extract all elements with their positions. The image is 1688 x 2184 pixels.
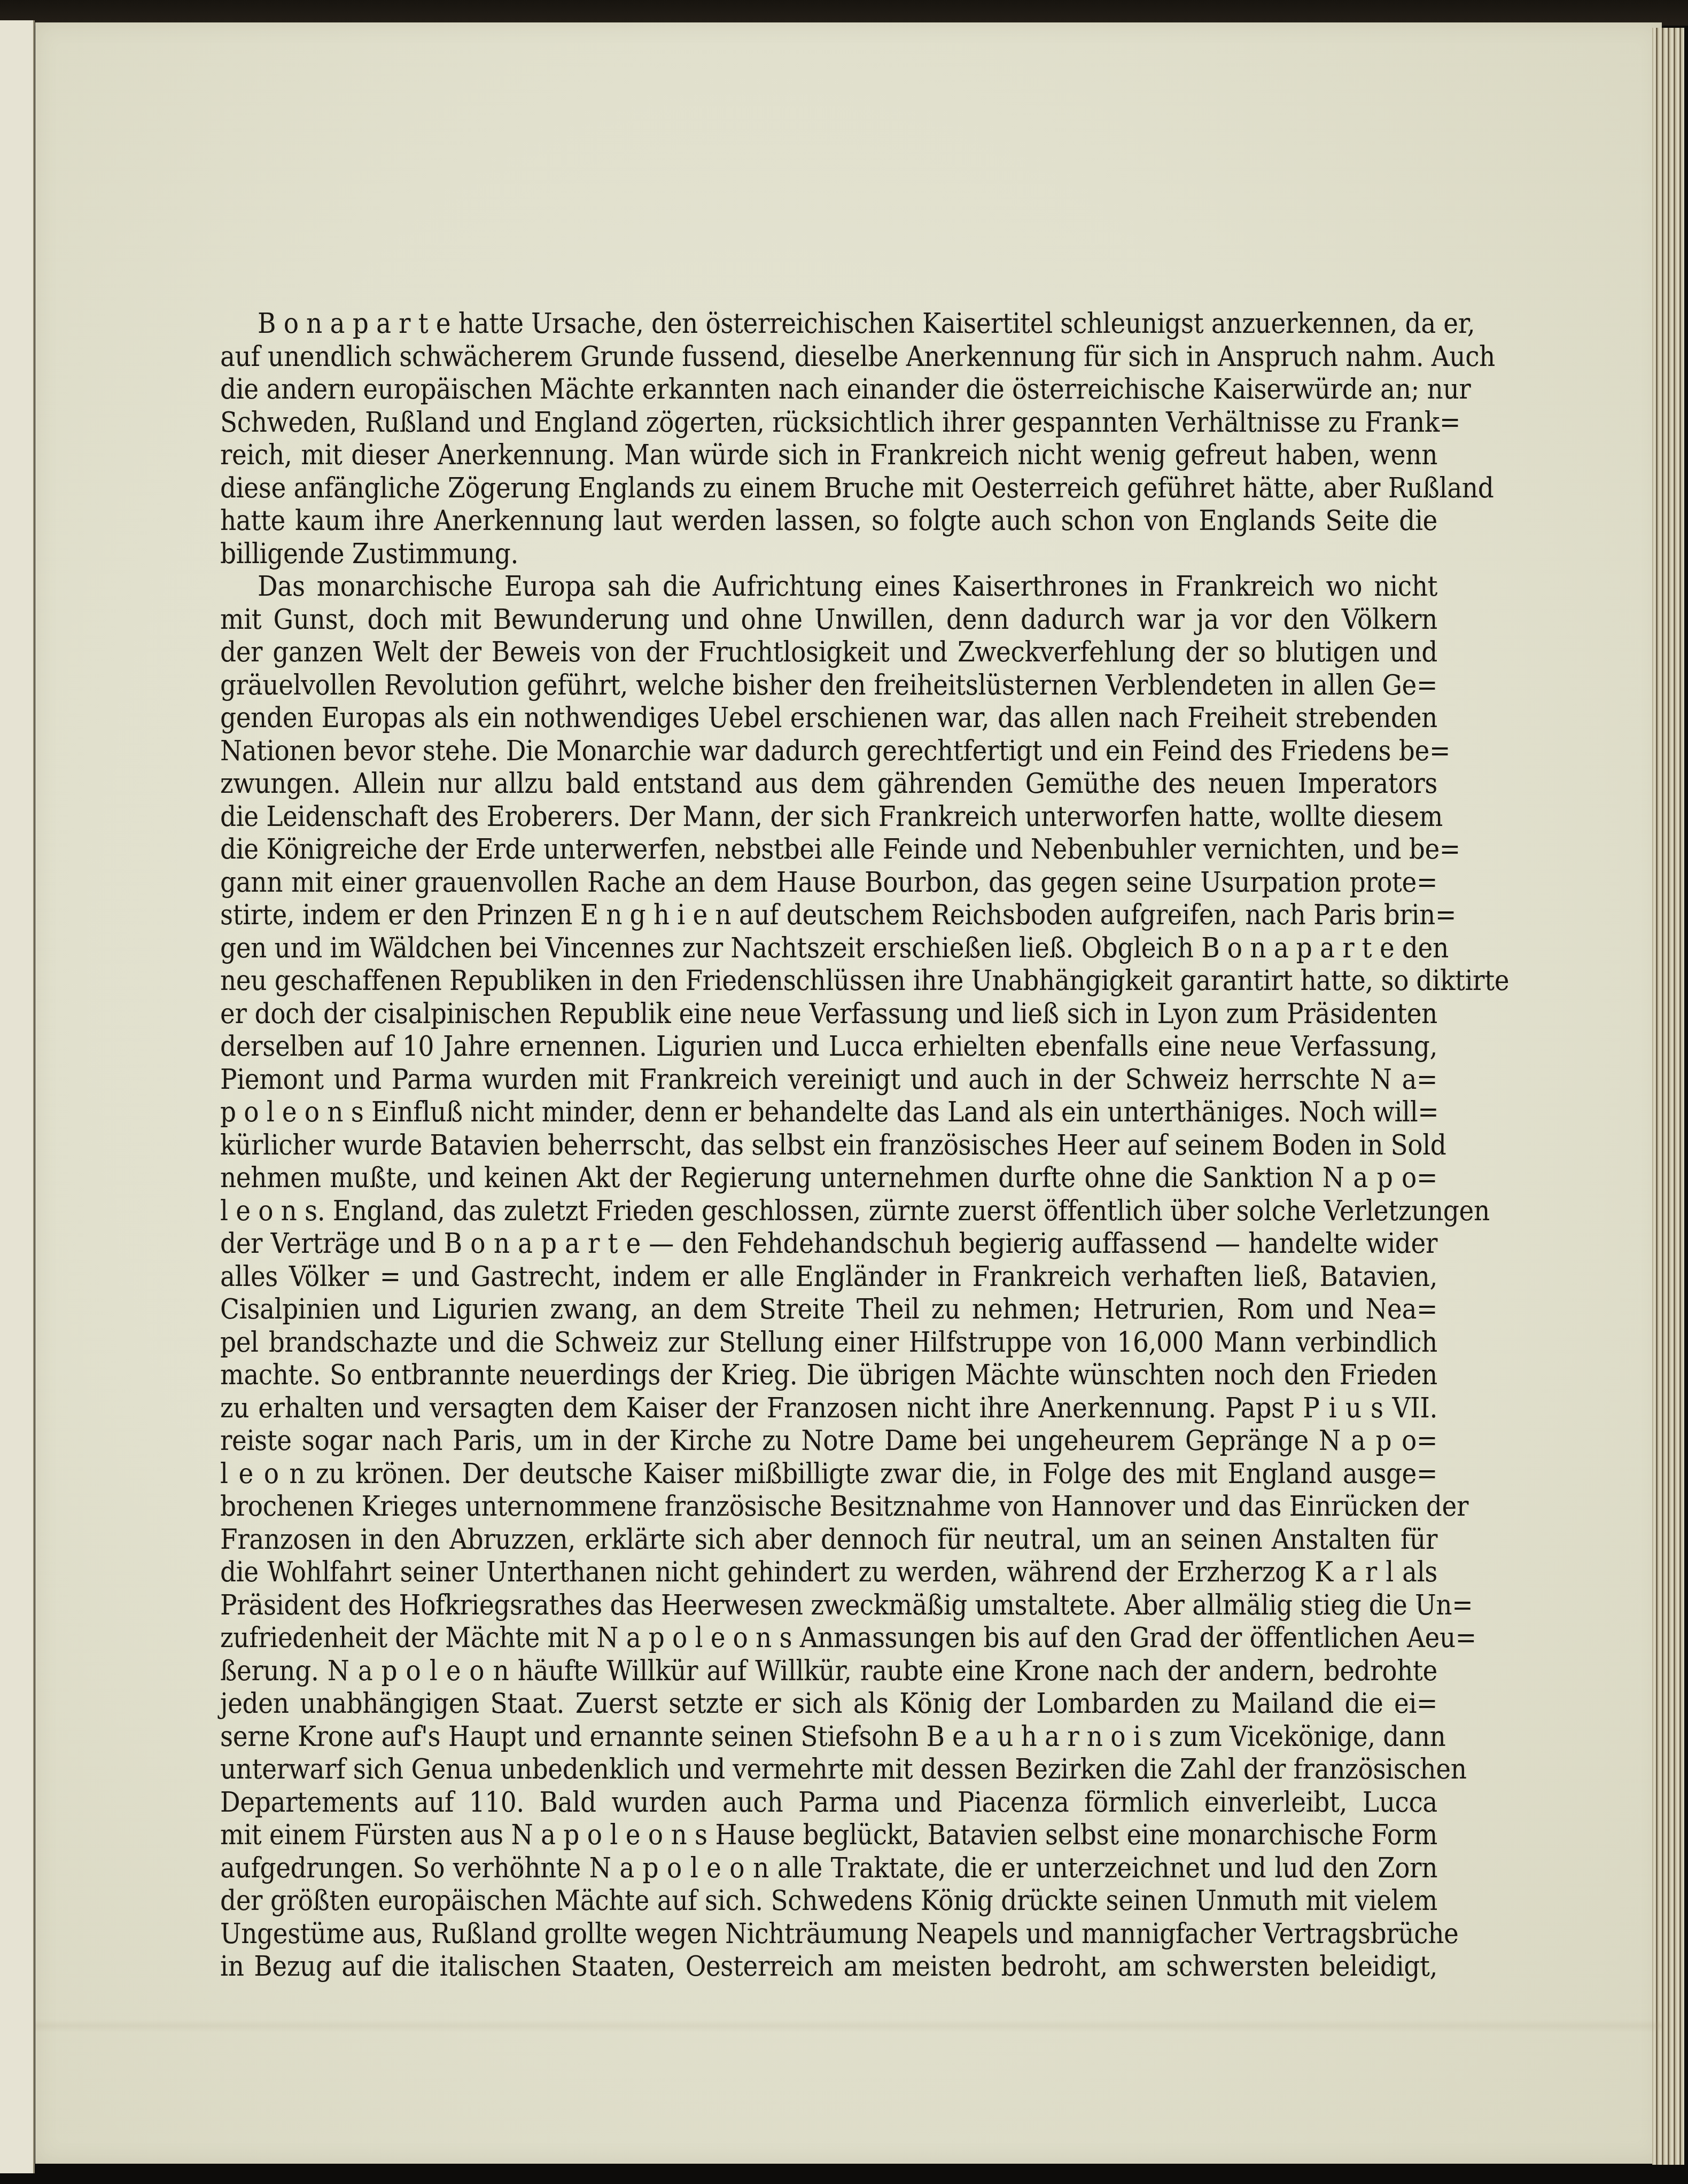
text-line: zu erhalten und versagten dem Kaiser der… [220, 1390, 1437, 1426]
paragraph-2: Das monarchische Europa sah die Aufricht… [220, 570, 1437, 1983]
text-line: Franzosen in den Abruzzen, erklärte sich… [220, 1521, 1437, 1558]
text-line: reiste sogar nach Paris, um in der Kirch… [220, 1422, 1437, 1459]
text-line: ßerung. N a p o l e o n häufte Willkür a… [220, 1652, 1437, 1689]
text-line: nehmen mußte, und keinen Akt der Regieru… [220, 1159, 1437, 1196]
text-line: Präsident des Hofkriegsrathes das Heerwe… [220, 1587, 1437, 1624]
text-line: der größten europäischen Mächte auf sich… [220, 1882, 1437, 1919]
scan-top-border [0, 0, 1688, 26]
text-line: p o l e o n s Einfluß nicht minder, denn… [220, 1094, 1437, 1130]
text-line: die Wohlfahrt seiner Unterthanen nicht g… [220, 1554, 1437, 1590]
text-line: neu geschaffenen Republiken in den Fried… [220, 962, 1437, 999]
text-line: unterwarf sich Genua unbedenklich und ve… [220, 1751, 1437, 1788]
text-line: alles Völker = und Gastrecht, indem er a… [220, 1258, 1437, 1295]
text-line: reich, mit dieser Anerkennung. Man würde… [220, 436, 1437, 473]
previous-page-edge [0, 20, 35, 2173]
body-text: B o n a p a r t e hatte Ursache, den öst… [220, 307, 1437, 1983]
text-line: stirte, indem er den Prinzen E n g h i e… [220, 896, 1437, 933]
text-line: Ungestüme aus, Rußland grollte wegen Nic… [220, 1915, 1437, 1952]
text-line: der ganzen Welt der Beweis von der Fruch… [220, 634, 1437, 670]
text-line: aufgedrungen. So verhöhnte N a p o l e o… [220, 1850, 1437, 1886]
text-line: die andern europäischen Mächte erkannten… [220, 371, 1437, 408]
text-line: brochenen Krieges unternommene französis… [220, 1488, 1437, 1525]
text-line: pel brandschazte und die Schweiz zur Ste… [220, 1324, 1437, 1361]
text-line: machte. So entbrannte neuerdings der Kri… [220, 1356, 1437, 1393]
page-block-edges [1652, 28, 1684, 2165]
text-line: genden Europas als ein nothwendiges Uebe… [220, 699, 1437, 736]
paragraph-1: B o n a p a r t e hatte Ursache, den öst… [220, 307, 1437, 570]
text-line: gen und im Wäldchen bei Vincennes zur Na… [220, 930, 1437, 966]
text-line: auf unendlich schwächerem Grunde fussend… [220, 338, 1437, 375]
text-line: Das monarchische Europa sah die Aufricht… [220, 568, 1437, 605]
text-line: er doch der cisalpinischen Republik eine… [220, 995, 1437, 1032]
text-line: die Leidenschaft des Eroberers. Der Mann… [220, 798, 1437, 835]
text-line: zufriedenheit der Mächte mit N a p o l e… [220, 1619, 1437, 1656]
text-line: diese anfängliche Zögerung Englands zu e… [220, 470, 1437, 506]
text-line: gann mit einer grauenvollen Rache an dem… [220, 864, 1437, 901]
text-line: mit einem Fürsten aus N a p o l e o n s … [220, 1816, 1437, 1853]
text-line: B o n a p a r t e hatte Ursache, den öst… [220, 305, 1437, 342]
text-line: derselben auf 10 Jahre ernennen. Ligurie… [220, 1028, 1437, 1065]
text-line: kürlicher wurde Batavien beherrscht, das… [220, 1127, 1437, 1164]
text-line: serne Krone auf's Haupt und ernannte sei… [220, 1718, 1437, 1755]
text-line: Schweden, Rußland und England zögerten, … [220, 404, 1437, 441]
text-line: Departements auf 110. Bald wurden auch P… [220, 1784, 1437, 1821]
text-line: jeden unabhängigen Staat. Zuerst setzte … [220, 1685, 1437, 1722]
text-line: l e o n zu krönen. Der deutsche Kaiser m… [220, 1455, 1437, 1492]
text-line: Cisalpinien und Ligurien zwang, an dem S… [220, 1291, 1437, 1328]
text-line: billigende Zustimmung. [220, 535, 1437, 572]
paper-crease [35, 2019, 1662, 2032]
text-line: zwungen. Allein nur allzu bald entstand … [220, 765, 1437, 802]
text-line: in Bezug auf die italischen Staaten, Oes… [220, 1948, 1437, 1985]
text-line: gräuelvollen Revolution geführt, welche … [220, 667, 1437, 704]
text-line: der Verträge und B o n a p a r t e — den… [220, 1225, 1437, 1262]
text-line: hatte kaum ihre Anerkennung laut werden … [220, 502, 1437, 539]
text-line: Piemont und Parma wurden mit Frankreich … [220, 1061, 1437, 1098]
text-line: die Königreiche der Erde unterwerfen, ne… [220, 831, 1437, 868]
text-line: Nationen bevor stehe. Die Monarchie war … [220, 732, 1437, 769]
text-line: mit Gunst, doch mit Bewunderung und ohne… [220, 601, 1437, 638]
text-line: l e o n s. England, das zuletzt Frieden … [220, 1192, 1437, 1229]
